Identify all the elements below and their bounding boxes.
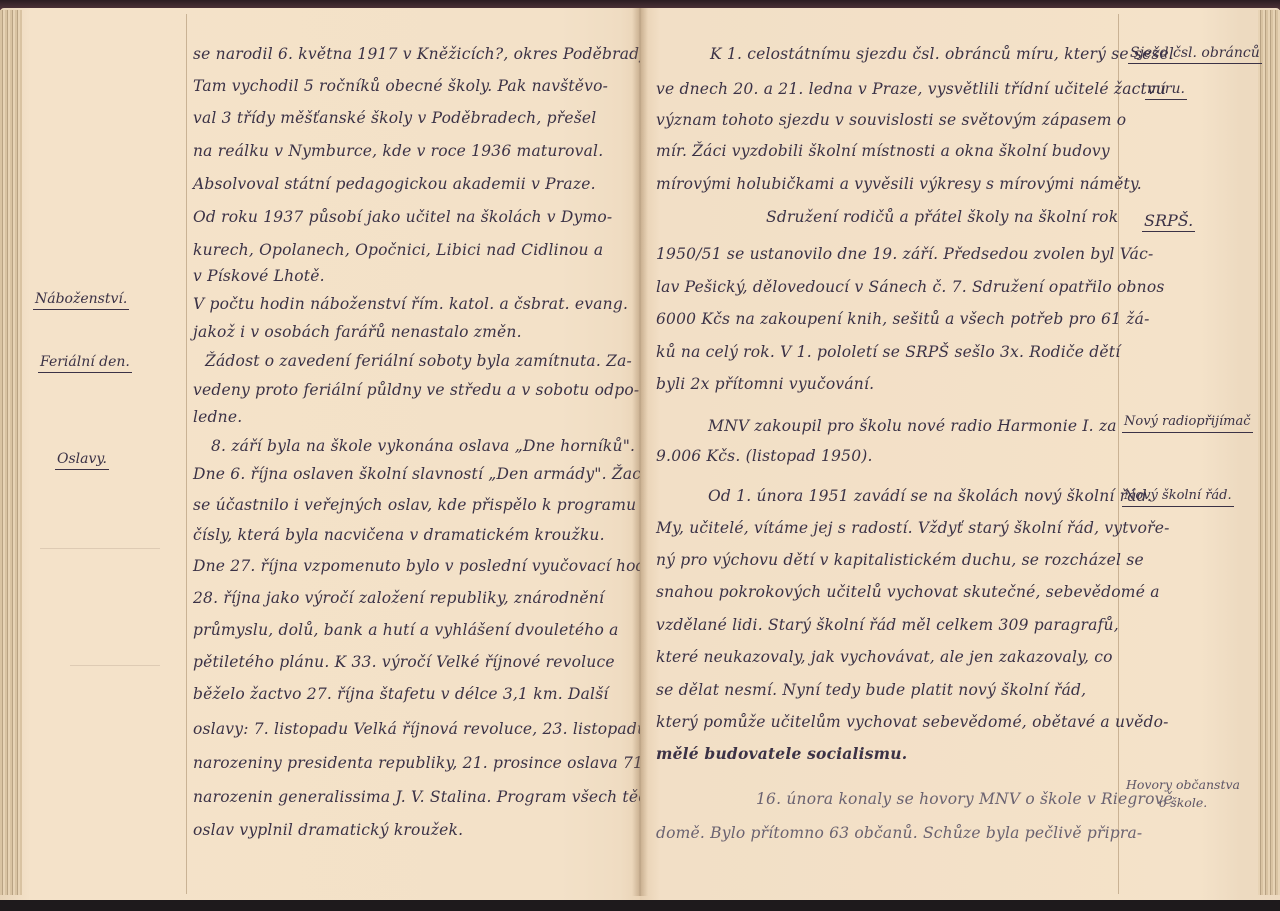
- text-line: val 3 třídy měšťanské školy v Poděbradec…: [193, 106, 596, 130]
- margin-note-text: Nový radiopřijímač: [1124, 414, 1251, 429]
- text-line: se účastnilo i veřejných oslav, kde přis…: [193, 493, 636, 517]
- text-line: domě. Bylo přítomno 63 občanů. Schůze by…: [656, 821, 1142, 845]
- text-line: V počtu hodin náboženství řím. katol. a …: [193, 292, 628, 316]
- margin-note-text: Oslavy.: [57, 451, 107, 467]
- text-line: Od 1. února 1951 zavádí se na školách no…: [708, 484, 1152, 508]
- right-margin-rule: [1118, 14, 1119, 894]
- text-line: mír. Žáci vyzdobili školní místnosti a o…: [656, 139, 1110, 163]
- text-line: průmyslu, dolů, bank a hutí a vyhlášení …: [193, 618, 619, 642]
- text-line: mírovými holubičkami a vyvěsili výkresy …: [656, 172, 1142, 196]
- text-line: které neukazovaly, jak vychovávat, ale j…: [656, 645, 1113, 669]
- text-line: který pomůže učitelům vychovat sebevědom…: [656, 710, 1169, 734]
- text-line: ledne.: [193, 405, 242, 429]
- text-line: Tam vychodil 5 ročníků obecné školy. Pak…: [193, 74, 608, 98]
- margin-note-nabozenstvi: Náboženství.: [33, 290, 129, 310]
- margin-note-text: Náboženství.: [35, 291, 127, 307]
- text-line: vedeny proto feriální půldny ve středu a…: [193, 378, 639, 402]
- margin-note-ferialni-den: Feriální den.: [38, 353, 132, 373]
- text-line: snahou pokrokových učitelů vychovat skut…: [656, 580, 1160, 604]
- text-line: 9.006 Kčs. (listopad 1950).: [656, 444, 873, 468]
- text-line: oslavy: 7. listopadu Velká říjnová revol…: [193, 717, 647, 741]
- right-page-edges: [1258, 10, 1280, 895]
- margin-note-radio: Nový radiopřijímač: [1122, 413, 1253, 433]
- text-line: My, učitelé, vítáme jej s radostí. Vždyť…: [656, 516, 1170, 540]
- text-line: K 1. celostátnímu sjezdu čsl. obránců mí…: [710, 42, 1174, 66]
- text-line: narozenin generalissima J. V. Stalina. P…: [193, 785, 673, 809]
- text-line: 6000 Kčs na zakoupení knih, sešitů a vše…: [656, 307, 1150, 331]
- text-line: na reálku v Nymburce, kde v roce 1936 ma…: [193, 139, 603, 163]
- text-line: oslav vyplnil dramatický kroužek.: [193, 818, 463, 842]
- text-line: čísly, která byla nacvičena v dramatické…: [193, 523, 605, 547]
- margin-note-oslavy: Oslavy.: [55, 450, 109, 470]
- text-line: Sdružení rodičů a přátel školy na školní…: [766, 205, 1118, 229]
- text-line: lav Pešický, dělovedoucí v Sánech č. 7. …: [656, 275, 1165, 299]
- text-line: pětiletého plánu. K 33. výročí Velké říj…: [193, 650, 615, 674]
- text-line: 28. října jako výročí založení republiky…: [193, 586, 604, 610]
- text-line: Žádost o zavedení feriální soboty byla z…: [205, 349, 632, 373]
- text-line: běželo žactvo 27. října štafetu v délce …: [193, 682, 609, 706]
- text-line: Dne 27. října vzpomenuto bylo v poslední…: [193, 554, 670, 578]
- text-line: kurech, Opolanech, Opočnici, Libici nad …: [193, 238, 603, 262]
- margin-note-text: SRPŠ.: [1144, 211, 1193, 230]
- book-gutter: [632, 8, 648, 896]
- faded-margin-mark: [70, 665, 160, 666]
- left-page-edges: [0, 10, 22, 895]
- text-line: mělé budovatele socialismu.: [656, 742, 907, 766]
- text-line: jakož i v osobách farářů nenastalo změn.: [193, 320, 522, 344]
- left-margin-rule: [186, 14, 187, 894]
- text-line: 8. září byla na škole vykonána oslava „D…: [211, 434, 635, 458]
- text-line: ve dnech 20. a 21. ledna v Praze, vysvět…: [656, 77, 1166, 101]
- text-line: se narodil 6. května 1917 v Kněžicích?, …: [193, 42, 651, 66]
- text-line: se dělat nesmí. Nyní tedy bude platit no…: [656, 678, 1086, 702]
- text-line: Absolvoval státní pedagogickou akademii …: [193, 172, 596, 196]
- margin-note-srps: SRPŠ.: [1142, 212, 1195, 232]
- text-line: Dne 6. října oslaven školní slavností „D…: [193, 462, 666, 486]
- text-line: 16. února konaly se hovory MNV o škole v…: [756, 787, 1173, 811]
- margin-note-text: Feriální den.: [40, 354, 130, 370]
- text-line: 1950/51 se ustanovilo dne 19. září. Před…: [656, 242, 1153, 266]
- text-line: v Pískové Lhotě.: [193, 264, 325, 288]
- text-line: Od roku 1937 působí jako učitel na školá…: [193, 205, 612, 229]
- text-line: vzdělané lidi. Starý školní řád měl celk…: [656, 613, 1119, 637]
- text-line: byli 2x přítomni vyučování.: [656, 372, 874, 396]
- text-line: narozeniny presidenta republiky, 21. pro…: [193, 751, 648, 775]
- text-line: ný pro výchovu dětí v kapitalistickém du…: [656, 548, 1144, 572]
- text-line: význam tohoto sjezdu v souvislosti se sv…: [656, 108, 1126, 132]
- text-line: ků na celý rok. V 1. pololetí se SRPŠ se…: [656, 340, 1120, 364]
- faded-margin-mark: [40, 548, 160, 549]
- text-line: MNV zakoupil pro školu nové radio Harmon…: [708, 414, 1117, 438]
